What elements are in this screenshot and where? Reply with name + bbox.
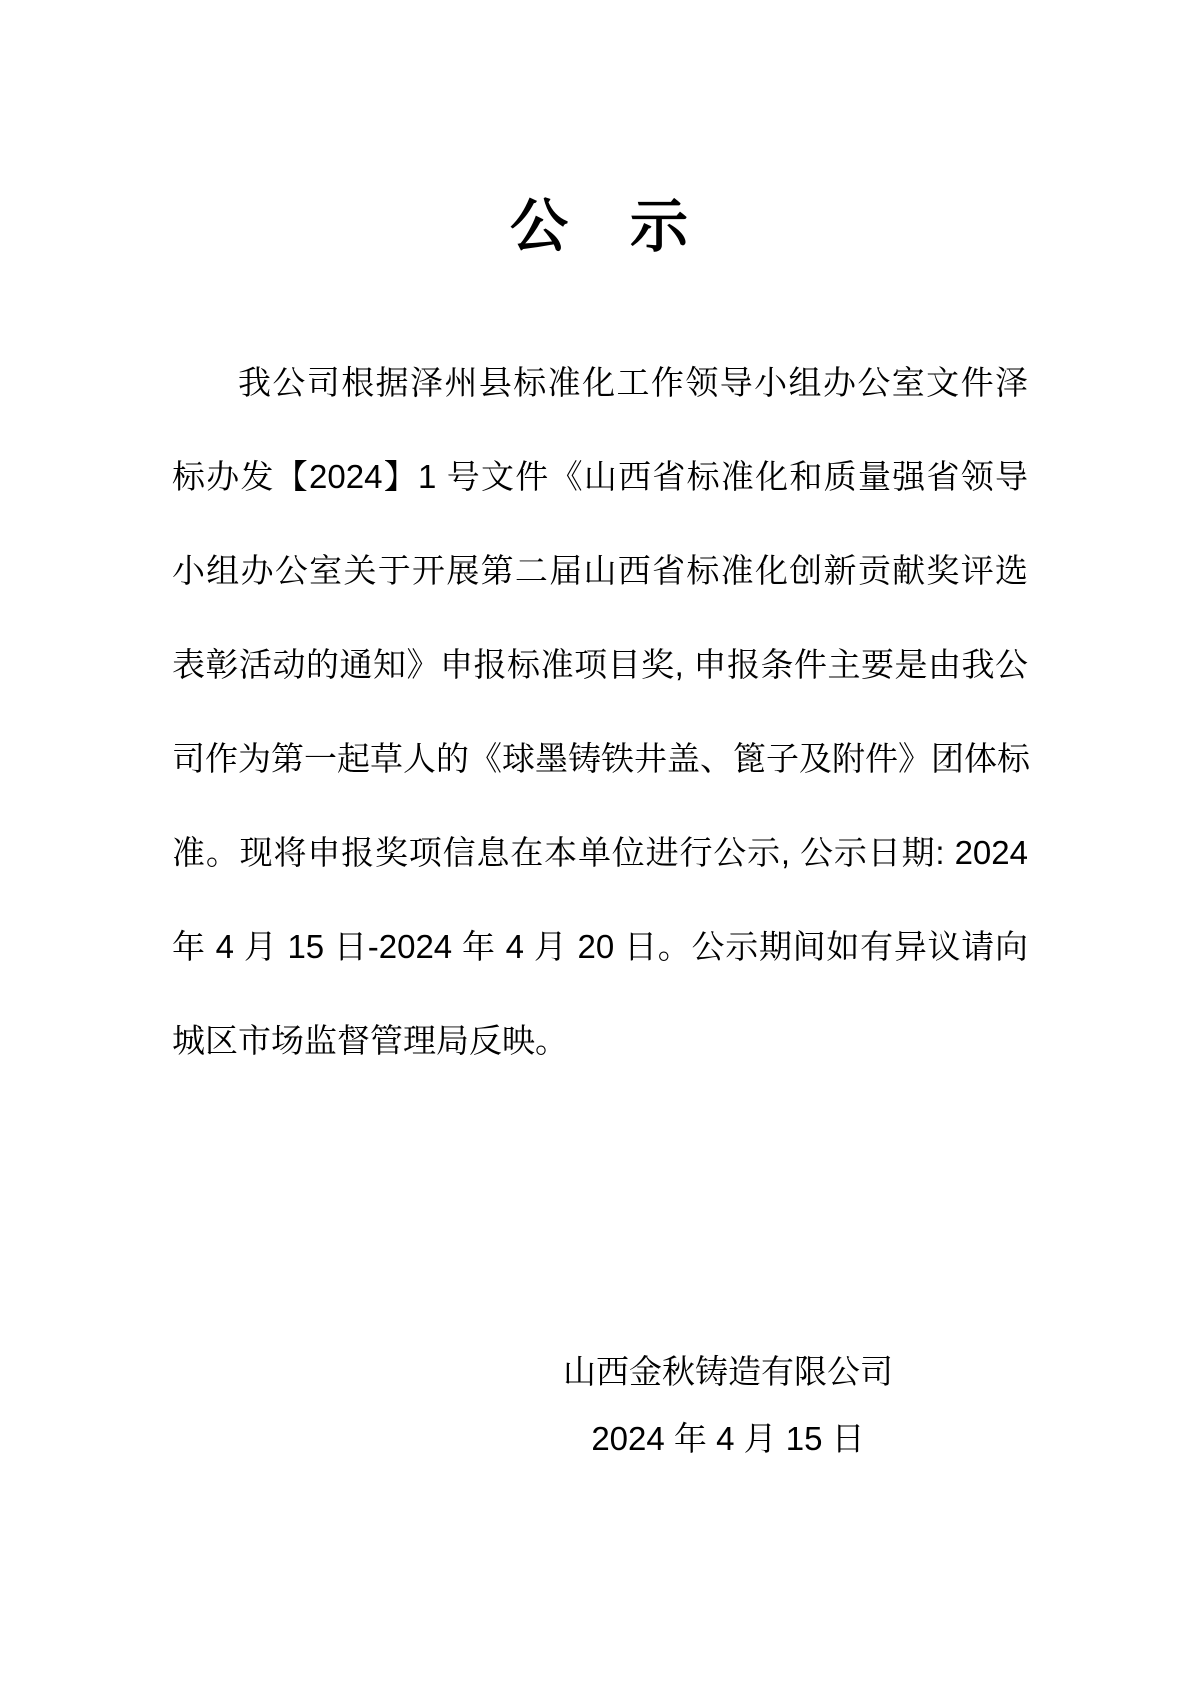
body-line: 司作为第一起草人的《球墨铸铁井盖、篦子及附件》团体标 <box>172 712 1028 806</box>
body-line: 城区市场监督管理局反映。 <box>172 994 1028 1088</box>
body-line: 小组办公室关于开展第二届山西省标准化创新贡献奖评选 <box>172 524 1028 618</box>
body-line: 准。现将申报奖项信息在本单位进行公示, 公示日期: 2024 <box>172 806 1028 900</box>
document-title: 公 示 <box>0 198 1200 256</box>
body-line: 标办发【2024】1 号文件《山西省标准化和质量强省领导 <box>172 430 1028 524</box>
body-line: 表彰活动的通知》申报标准项目奖, 申报条件主要是由我公 <box>172 618 1028 712</box>
signature-date: 2024 年 4 月 15 日 <box>300 1405 1156 1472</box>
signature-company: 山西金秋铸造有限公司 <box>300 1338 1156 1405</box>
notice-document-page: 公 示 我公司根据泽州县标准化工作领导小组办公室文件泽 标办发【2024】1 号… <box>0 0 1200 1697</box>
body-line: 年 4 月 15 日-2024 年 4 月 20 日。公示期间如有异议请向 <box>172 900 1028 994</box>
body-line: 我公司根据泽州县标准化工作领导小组办公室文件泽 <box>172 336 1028 430</box>
signature-block: 山西金秋铸造有限公司 2024 年 4 月 15 日 <box>300 1338 1156 1472</box>
document-body: 我公司根据泽州县标准化工作领导小组办公室文件泽 标办发【2024】1 号文件《山… <box>172 336 1028 1088</box>
